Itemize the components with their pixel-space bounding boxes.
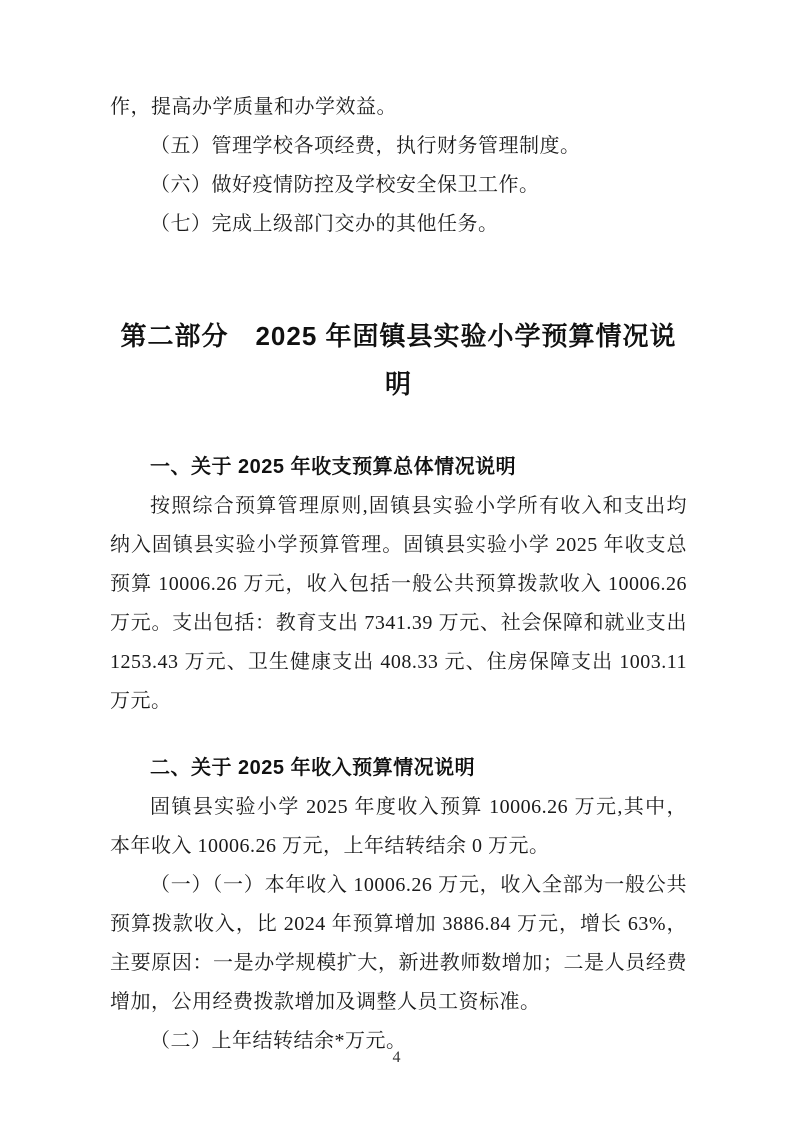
- section-two-paragraph-1: 固镇县实验小学 2025 年度收入预算 10006.26 万元,其中，本年收入 …: [110, 788, 687, 866]
- document-page: 作，提高办学质量和办学效益。 （五）管理学校各项经费，执行财务管理制度。 （六）…: [0, 0, 793, 1122]
- section-one-paragraph: 按照综合预算管理原则,固镇县实验小学所有收入和支出均纳入固镇县实验小学预算管理。…: [110, 487, 687, 721]
- duty-item-6: （六）做好疫情防控及学校安全保卫工作。: [110, 166, 687, 205]
- part-two-heading: 第二部分 2025 年固镇县实验小学预算情况说明: [110, 312, 687, 408]
- page-number: 4: [0, 1050, 793, 1066]
- continued-paragraph: 作，提高办学质量和办学效益。: [110, 88, 687, 127]
- section-two-heading: 二、关于 2025 年收入预算情况说明: [110, 749, 687, 788]
- section-two-paragraph-2: （一）（一）本年收入 10006.26 万元，收入全部为一般公共预算拨款收入，比…: [110, 866, 687, 1022]
- duty-item-5: （五）管理学校各项经费，执行财务管理制度。: [110, 127, 687, 166]
- section-one-heading: 一、关于 2025 年收支预算总体情况说明: [110, 448, 687, 487]
- duty-item-7: （七）完成上级部门交办的其他任务。: [110, 205, 687, 244]
